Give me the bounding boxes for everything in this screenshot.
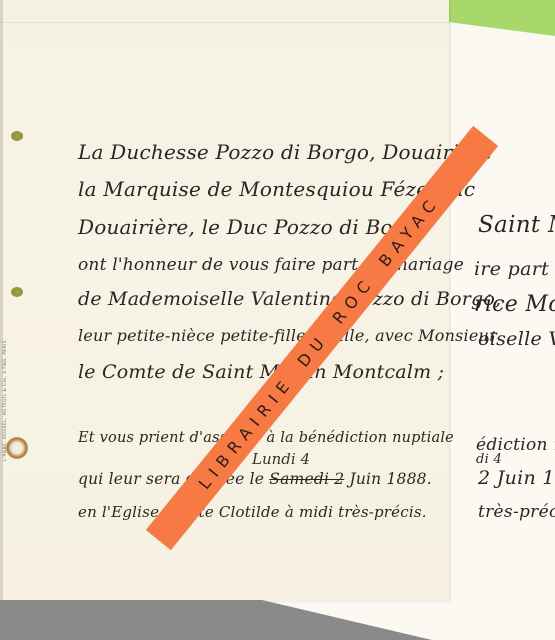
- scan-stage: Saint M ire part du rice Mon oiselle Va …: [0, 0, 555, 640]
- second-page-fragment: 2 Juin 1: [478, 467, 555, 489]
- printer-mark: L'ABBÉ, ROSSEL, AUTEUIL & Cie, 4 FBG. PA…: [3, 340, 8, 461]
- second-page-fragment: ire part du: [474, 258, 555, 280]
- announcement-line-10: en l'Eglise Sainte Clotilde à midi très-…: [78, 503, 427, 521]
- announcement-line-1: La Duchesse Pozzo di Borgo, Douairière: [78, 140, 493, 164]
- punch-hole-icon: [11, 287, 23, 297]
- line-9-prefix: qui leur sera donnée le: [78, 470, 269, 488]
- second-page-fragment: très-précis.: [478, 502, 555, 522]
- announcement-line-7: le Comte de Saint Martin Montcalm ;: [78, 361, 444, 383]
- second-page-fragment: di 4: [476, 452, 502, 467]
- burn-mark-icon: [6, 437, 28, 459]
- handwritten-correction: Lundi 4: [252, 450, 310, 468]
- announcement-line-9: qui leur sera donnée le Samedi 2 Juin 18…: [78, 470, 432, 488]
- announcement-line-5: de Mademoiselle Valentine Pozzo di Borgo…: [78, 288, 501, 310]
- line-9-suffix: Juin 1888.: [344, 470, 432, 488]
- punch-hole-icon: [11, 131, 23, 141]
- announcement-page: L'ABBÉ, ROSSEL, AUTEUIL & Cie, 4 FBG. PA…: [0, 0, 449, 601]
- fold-line: [0, 22, 449, 23]
- second-page-fragment: Saint M: [478, 212, 555, 238]
- second-page: [448, 0, 555, 640]
- announcement-line-6: leur petite-nièce petite-fille et fille,…: [78, 326, 497, 345]
- announcement-line-3: Douairière, le Duc Pozzo di Borgo: [78, 215, 428, 239]
- struck-date: Samedi 2: [269, 470, 344, 488]
